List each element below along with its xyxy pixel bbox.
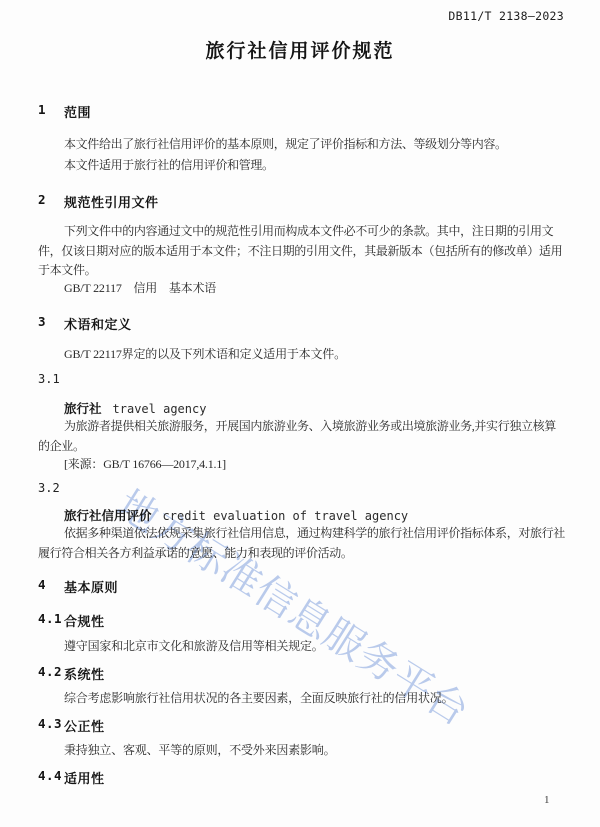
paragraph: 综合考虑影响旅行社信用状况的各主要因素，全面反映旅行社的信用状况。: [64, 689, 453, 706]
term-number: 3.1: [38, 372, 60, 386]
paragraph: 本文件给出了旅行社信用评价的基本原则，规定了评价指标和方法、等级划分等内容。: [38, 135, 566, 155]
page-content: DB11/T 2138—2023 旅行社信用评价规范 1 范围 本文件给出了旅行…: [0, 0, 600, 827]
section-3-heading: 3 术语和定义: [38, 314, 132, 333]
section-4-heading: 4 基本原则: [38, 577, 118, 596]
term-entry: 旅行社 travel agency: [64, 399, 206, 418]
term-entry: 旅行社信用评价 credit evaluation of travel agen…: [64, 506, 408, 525]
normative-reference: GB/T 22117 信用 基本术语: [64, 279, 216, 296]
section-4-2-heading: 4.2 系统性: [38, 664, 105, 683]
section-title: 公正性: [64, 716, 105, 735]
page-title: 旅行社信用评价规范: [0, 36, 600, 63]
term-chinese: 旅行社: [64, 402, 102, 416]
page-number: 1: [544, 794, 550, 806]
section-4-1-heading: 4.1 合规性: [38, 611, 105, 630]
section-title: 系统性: [64, 664, 105, 683]
paragraph: 下列文件中的内容通过文中的规范性引用而构成本文件必不可少的条款。其中，注日期的引…: [38, 222, 566, 281]
term-english: credit evaluation of travel agency: [163, 509, 409, 523]
section-4-3-heading: 4.3 公正性: [38, 716, 105, 735]
doc-code: DB11/T 2138—2023: [448, 9, 564, 23]
section-number: 4: [38, 577, 64, 596]
section-number: 4.4: [38, 768, 64, 787]
section-title: 基本原则: [64, 577, 118, 596]
section-number: 3: [38, 314, 64, 333]
paragraph: 遵守国家和北京市文化和旅游及信用等相关规定。: [64, 637, 324, 654]
section-title: 合规性: [64, 611, 105, 630]
section-title: 适用性: [64, 768, 105, 787]
section-title: 范围: [64, 102, 91, 121]
section-number: 4.2: [38, 664, 64, 683]
section-1-heading: 1 范围: [38, 102, 91, 121]
term-number: 3.2: [38, 481, 60, 495]
source-reference: [来源：GB/T 16766—2017,4.1.1]: [64, 455, 226, 472]
document-page: 地方标准信息服务平台 DB11/T 2138—2023 旅行社信用评价规范 1 …: [0, 0, 600, 827]
term-definition: 依据多种渠道依法依规采集旅行社信用信息，通过构建科学的旅行社信用评价指标体系，对…: [38, 524, 566, 563]
section-number: 4.1: [38, 611, 64, 630]
section-title: 术语和定义: [64, 314, 132, 333]
section-number: 1: [38, 102, 64, 121]
term-english: travel agency: [113, 402, 207, 416]
section-title: 规范性引用文件: [64, 192, 159, 211]
paragraph: 秉持独立、客观、平等的原则，不受外来因素影响。: [64, 741, 335, 758]
section-number: 4.3: [38, 716, 64, 735]
section-number: 2: [38, 192, 64, 211]
section-2-heading: 2 规范性引用文件: [38, 192, 159, 211]
terms-intro: GB/T 22117界定的以及下列术语和定义适用于本文件。: [64, 345, 346, 362]
paragraph: 本文件适用于旅行社的信用评价和管理。: [38, 156, 566, 176]
term-chinese: 旅行社信用评价: [64, 509, 152, 523]
section-4-4-heading: 4.4 适用性: [38, 768, 105, 787]
term-definition: 为旅游者提供相关旅游服务，开展国内旅游业务、入境旅游业务或出境旅游业务,并实行独…: [38, 417, 566, 456]
